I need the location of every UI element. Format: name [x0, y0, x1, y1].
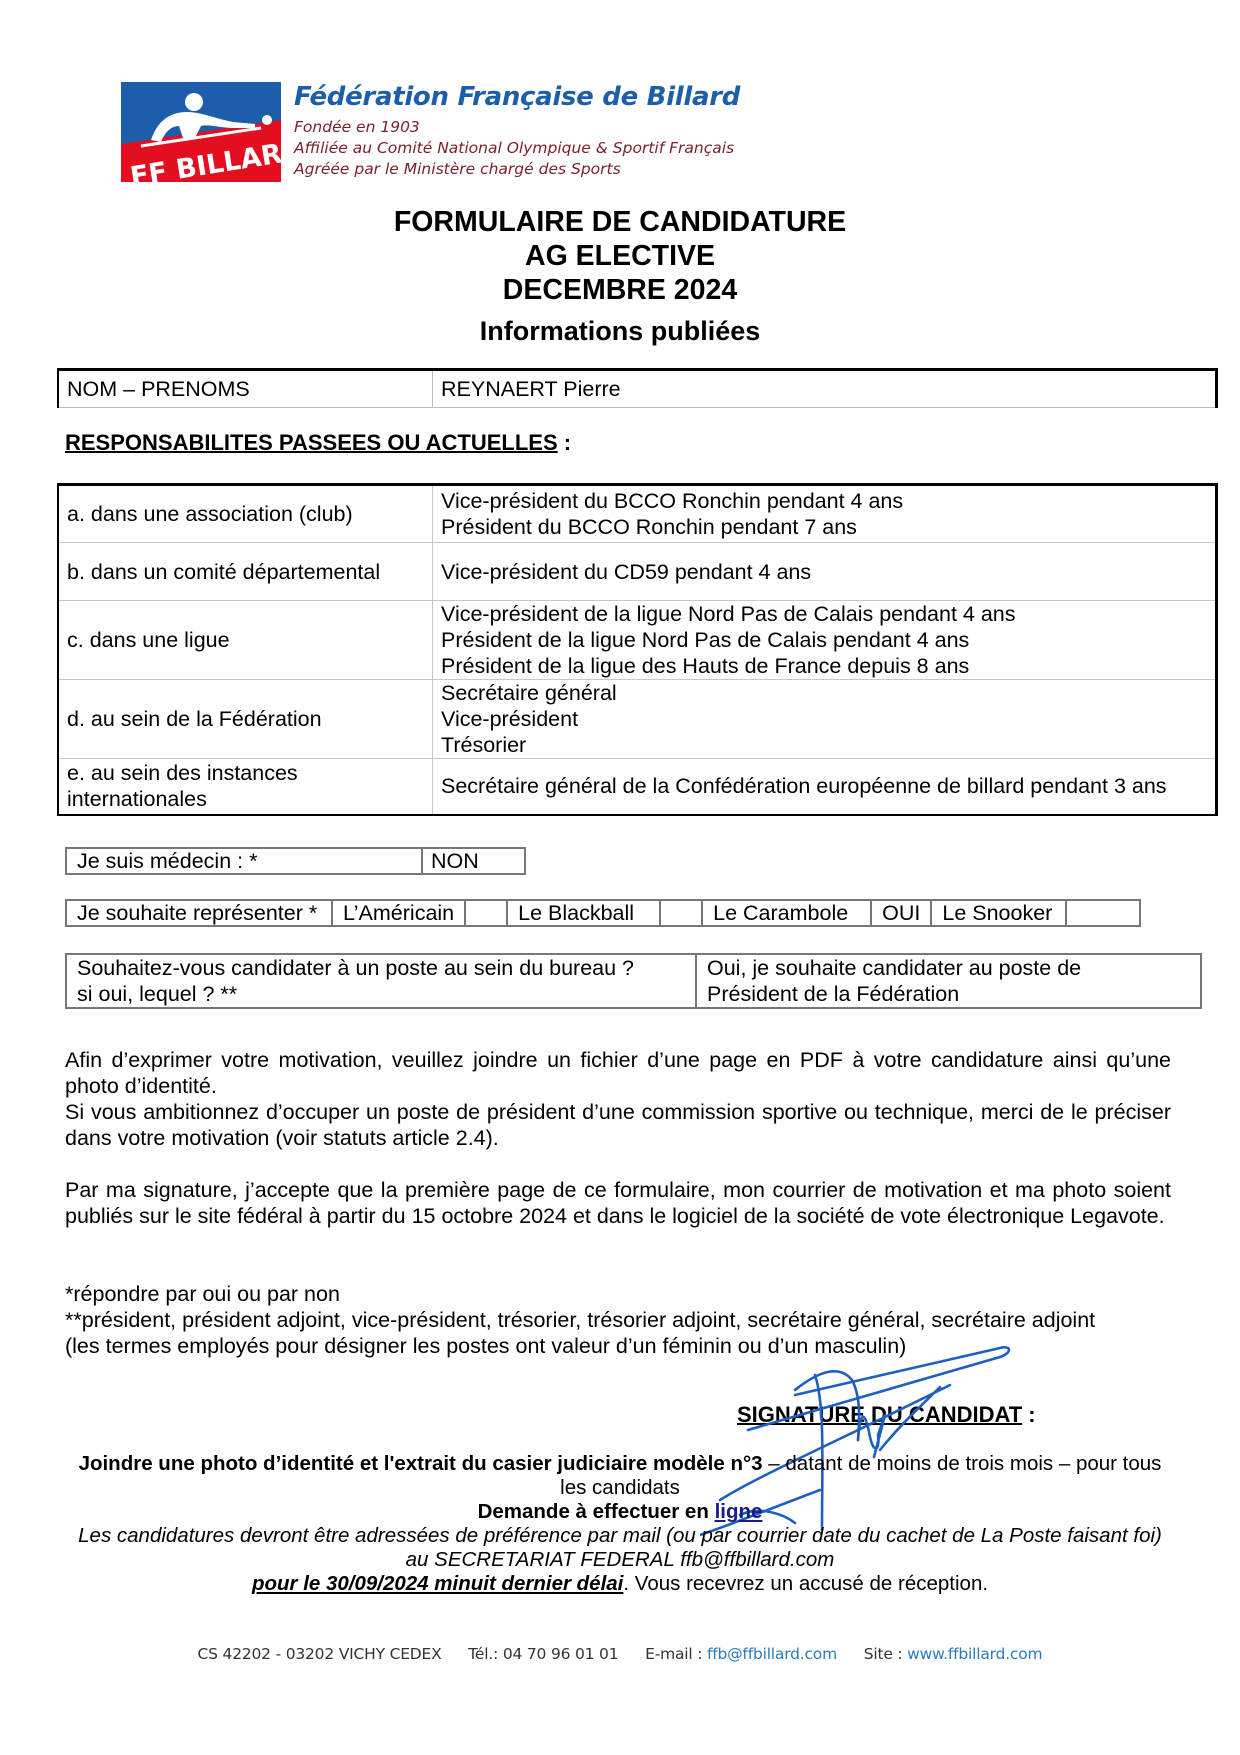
instructions-line: Joindre une photo d’identité et l'extrai…	[60, 1452, 1180, 1476]
footer-email-link[interactable]: ffb@ffbillard.com	[707, 1645, 837, 1663]
option-americain-label: L’Américain	[332, 900, 465, 926]
page-footer: CS 42202 - 03202 VICHY CEDEX Tél.: 04 70…	[0, 1645, 1240, 1663]
form-title: FORMULAIRE DE CANDIDATURE AG ELECTIVE DE…	[0, 205, 1240, 307]
table-row: e. au sein des instances internationales…	[58, 759, 1217, 815]
resp-label: d. au sein de la Fédération	[58, 680, 433, 759]
bureau-answer: Oui, je souhaite candidater au poste de …	[696, 954, 1201, 1008]
table-row: a. dans une association (club) Vice-prés…	[58, 485, 1217, 543]
resp-values: Secrétaire général de la Confédération e…	[433, 759, 1217, 815]
resp-values: Vice-président de la ligue Nord Pas de C…	[433, 601, 1217, 680]
identity-table: NOM – PRENOMS REYNAERT Pierre	[57, 368, 1218, 408]
resp-label: c. dans une ligue	[58, 601, 433, 680]
org-founded: Fondée en 1903	[294, 118, 420, 136]
option-carambole-label: Le Carambole	[702, 900, 871, 926]
bureau-question: Souhaitez-vous candidater à un poste au …	[66, 954, 696, 1008]
name-value: REYNAERT Pierre	[433, 370, 1217, 408]
doctor-table: Je suis médecin : * NON	[65, 847, 526, 875]
motivation-paragraph: Afin d’exprimer votre motivation, veuill…	[65, 1047, 1171, 1151]
option-snooker-value	[1066, 900, 1140, 926]
table-row: d. au sein de la Fédération Secrétaire g…	[58, 680, 1217, 759]
resp-label: a. dans une association (club)	[58, 485, 433, 543]
resp-values: Vice-président du BCCO Ronchin pendant 4…	[433, 485, 1217, 543]
doctor-value: NON	[422, 848, 525, 874]
responsibilities-heading: RESPONSABILITES PASSEES OU ACTUELLES :	[65, 430, 571, 456]
footer-email-label: E-mail :	[645, 1645, 707, 1663]
bureau-table: Souhaitez-vous candidater à un poste au …	[65, 953, 1202, 1009]
org-approval: Agréée par le Ministère chargé des Sport…	[294, 160, 621, 178]
resp-label: e. au sein des instances internationales	[58, 759, 433, 815]
instructions-line: Les candidatures devront être adressées …	[60, 1524, 1180, 1548]
org-name: Fédération Française de Billard	[294, 82, 740, 112]
option-americain-value	[465, 900, 507, 926]
footer-phone-label: Tél.:	[468, 1645, 503, 1663]
footer-phone: 04 70 96 01 01	[503, 1645, 619, 1663]
org-affiliation: Affiliée au Comité National Olympique & …	[294, 139, 734, 157]
instructions-line: les candidats	[60, 1476, 1180, 1500]
footer-site-link[interactable]: www.ffbillard.com	[907, 1645, 1042, 1663]
title-line: DECEMBRE 2024	[0, 273, 1240, 307]
consent-paragraph: Par ma signature, j’accepte que la premi…	[65, 1177, 1171, 1229]
resp-values: Secrétaire général Vice-président Trésor…	[433, 680, 1217, 759]
responsibilities-table: a. dans une association (club) Vice-prés…	[57, 483, 1218, 816]
resp-label: b. dans un comité départemental	[58, 543, 433, 601]
option-blackball-label: Le Blackball	[507, 900, 660, 926]
representation-label: Je souhaite représenter *	[66, 900, 332, 926]
option-snooker-label: Le Snooker	[931, 900, 1066, 926]
note-yes-no: *répondre par oui ou par non	[65, 1281, 340, 1307]
footer-site-label: Site :	[864, 1645, 907, 1663]
title-line: AG ELECTIVE	[0, 239, 1240, 273]
note-positions: **président, président adjoint, vice-pré…	[65, 1307, 1095, 1333]
representation-table: Je souhaite représenter * L’Américain Le…	[65, 899, 1141, 927]
form-subtitle: Informations publiées	[0, 316, 1240, 347]
instructions-line: au SECRETARIAT FEDERAL ffb@ffbillard.com	[60, 1548, 1180, 1572]
submission-instructions: Joindre une photo d’identité et l'extrai…	[60, 1452, 1180, 1596]
doctor-label: Je suis médecin : *	[66, 848, 422, 874]
ffb-logo: FF BILLARD	[121, 82, 281, 182]
responsibilities-heading-text: RESPONSABILITES PASSEES OU ACTUELLES	[65, 430, 558, 455]
footer-address: CS 42202 - 03202 VICHY CEDEX	[198, 1645, 442, 1663]
deadline: pour le 30/09/2024 minuit dernier délai	[252, 1572, 623, 1595]
option-blackball-value	[660, 900, 702, 926]
table-row: c. dans une ligue Vice-président de la l…	[58, 601, 1217, 680]
title-line: FORMULAIRE DE CANDIDATURE	[0, 205, 1240, 239]
table-row: b. dans un comité départemental Vice-pré…	[58, 543, 1217, 601]
resp-values: Vice-président du CD59 pendant 4 ans	[433, 543, 1217, 601]
option-carambole-value: OUI	[871, 900, 931, 926]
instructions-line: pour le 30/09/2024 minuit dernier délai.…	[60, 1572, 1180, 1596]
instructions-line: Demande à effectuer en ligne	[60, 1500, 1180, 1524]
name-label: NOM – PRENOMS	[58, 370, 433, 408]
online-request-link[interactable]: ligne	[715, 1500, 763, 1523]
billiard-player-icon: FF BILLARD	[121, 82, 281, 182]
